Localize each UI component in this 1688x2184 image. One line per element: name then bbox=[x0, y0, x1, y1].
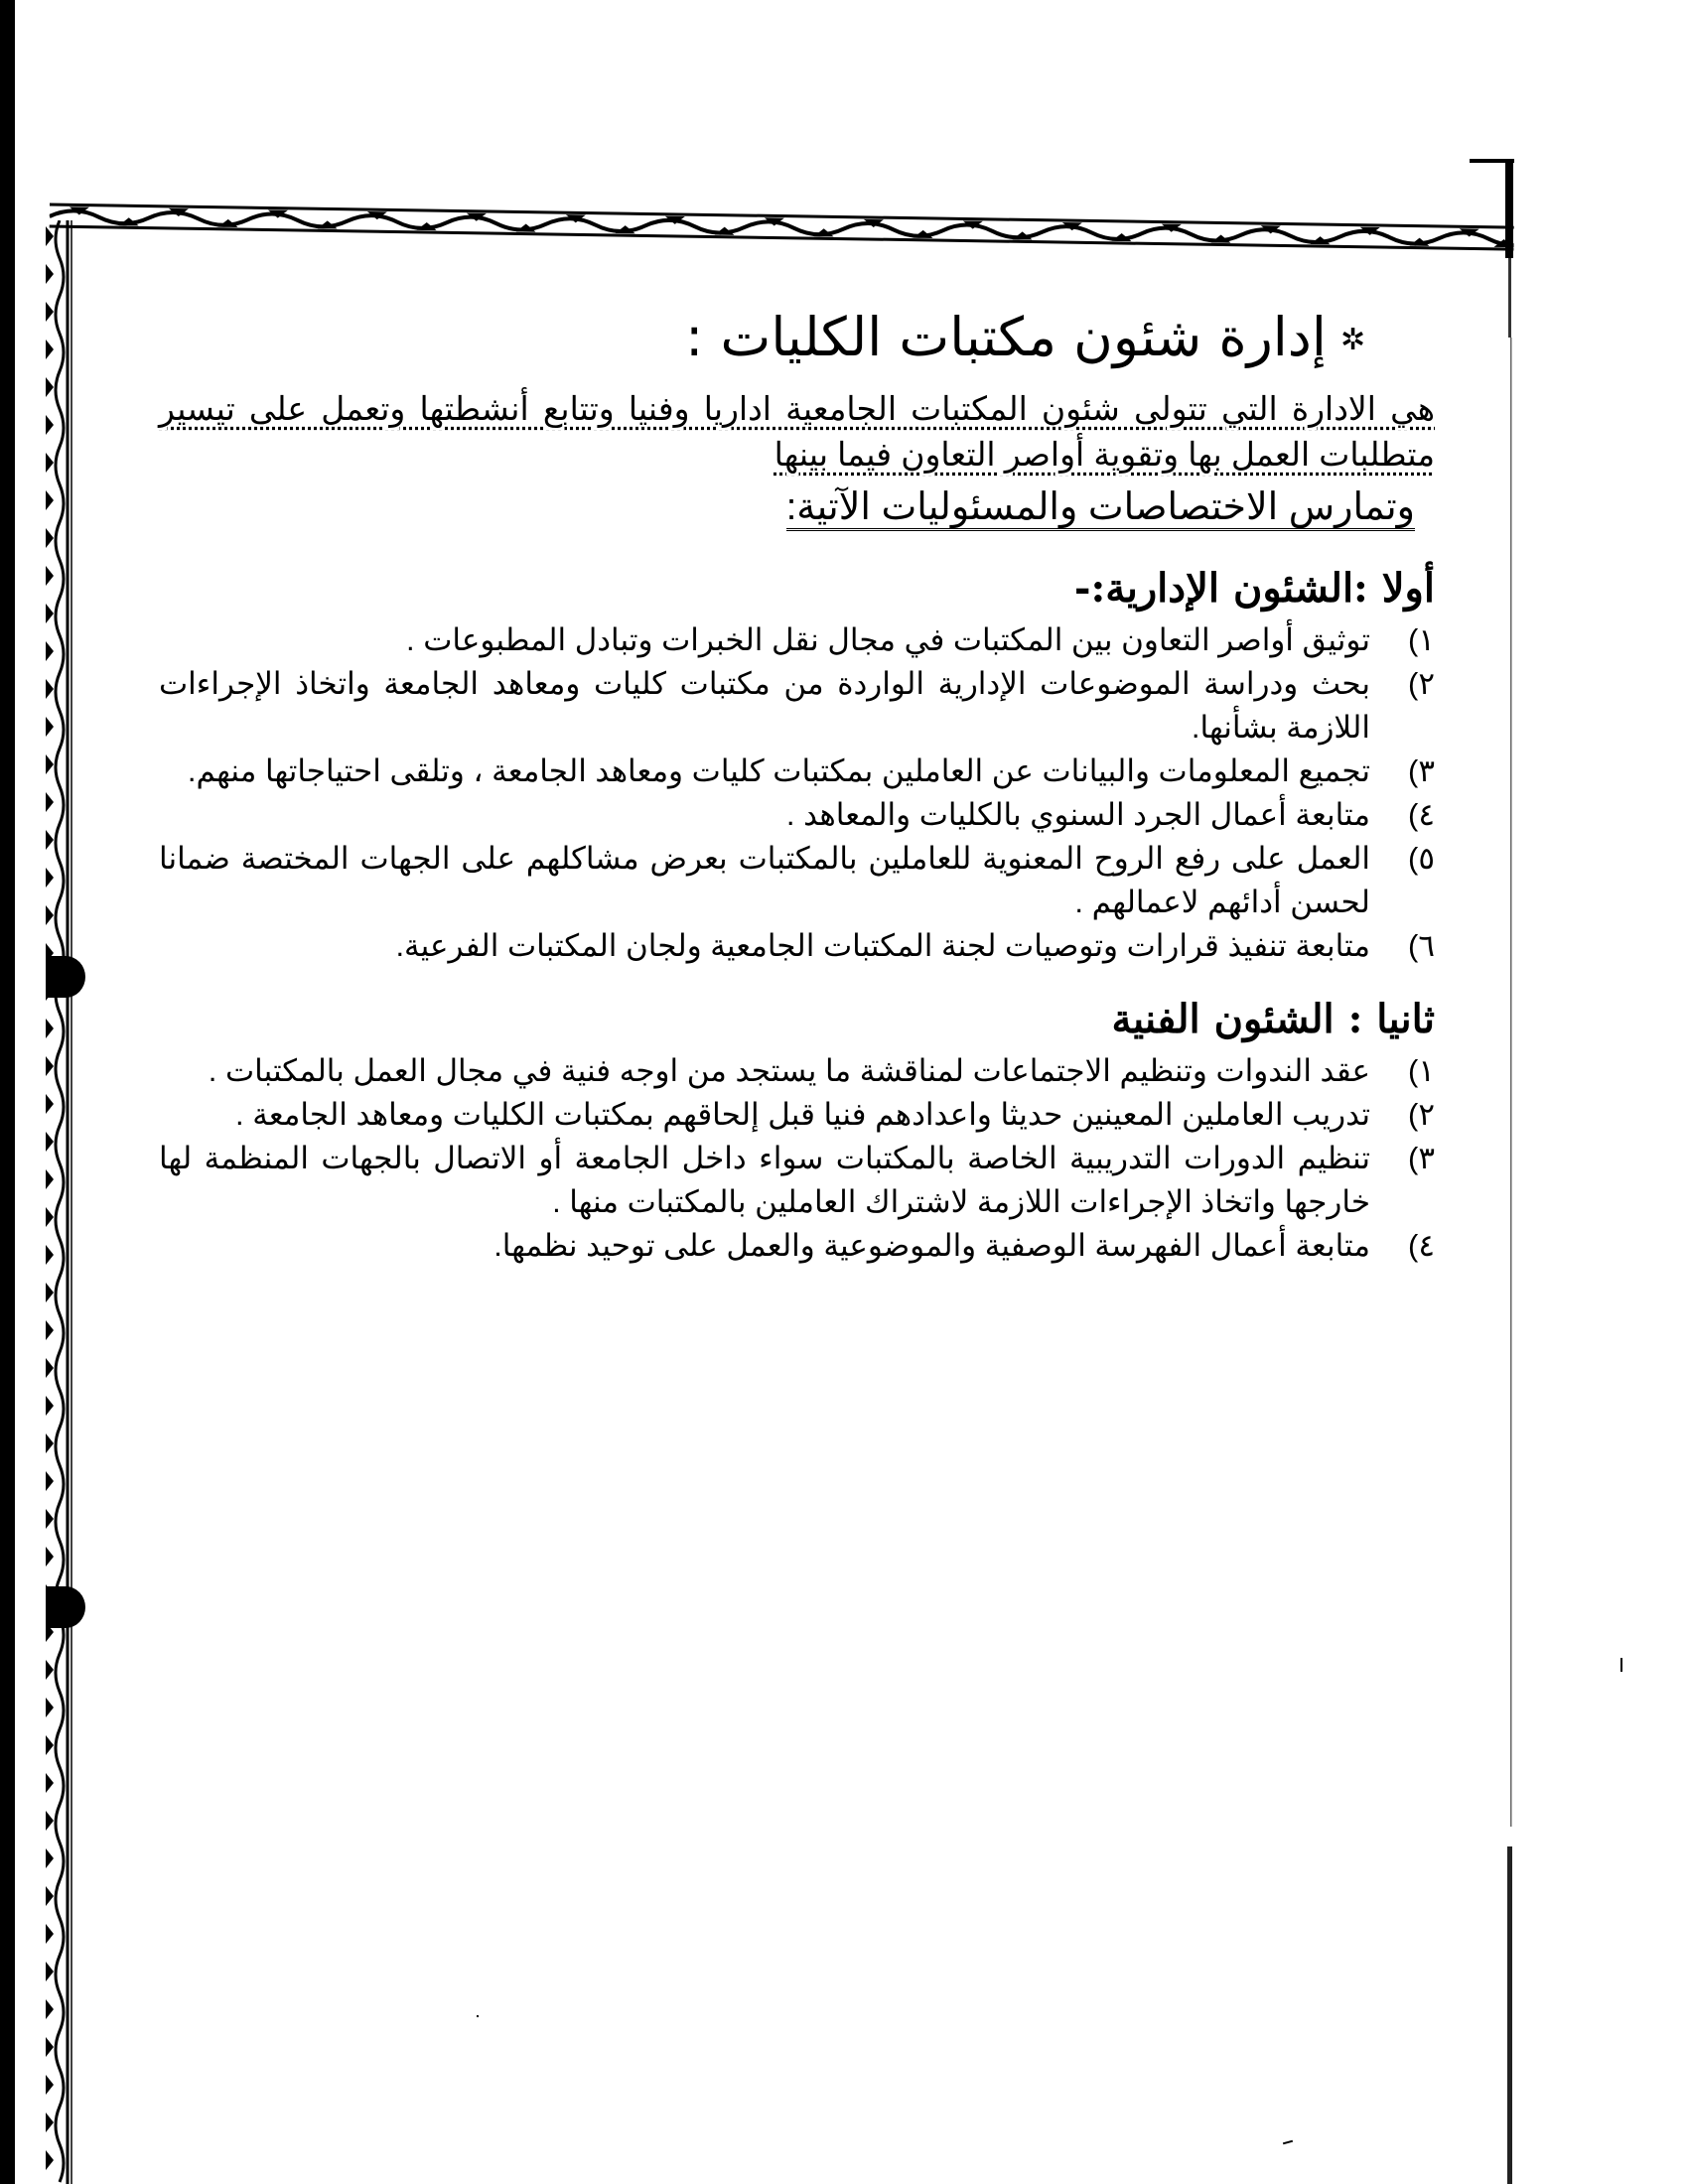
list-item: ٢)بحث ودراسة الموضوعات الإدارية الواردة … bbox=[159, 662, 1435, 750]
scan-edge-right bbox=[1501, 159, 1513, 2184]
list-item: ٣)تجميع المعلومات والبيانات عن العاملين … bbox=[159, 750, 1435, 793]
hole-punch bbox=[46, 956, 85, 998]
scan-speck bbox=[477, 2015, 479, 2017]
title-text: إدارة شئون مكتبات الكليات : bbox=[685, 306, 1327, 368]
list-item: ٤)متابعة أعمال الفهرسة الوصفية والموضوعي… bbox=[159, 1224, 1435, 1268]
ornament-star-icon: ✲ bbox=[1340, 323, 1365, 357]
intro-paragraph: هي الادارة التي تتولى شئون المكتبات الجا… bbox=[159, 386, 1435, 478]
section-heading-administrative: أولا :الشئون الإدارية:- bbox=[159, 559, 1435, 618]
section-heading-technical: ثانيا : الشئون الفنية bbox=[159, 990, 1435, 1049]
list-item: ١)عقد الندوات وتنظيم الاجتماعات لمناقشة … bbox=[159, 1049, 1435, 1093]
responsibilities-lead: وتمارس الاختصاصات والمسئوليات الآتية: bbox=[159, 478, 1435, 537]
document-body: ✲إدارة شئون مكتبات الكليات : هي الادارة … bbox=[159, 298, 1435, 1268]
hole-punch bbox=[46, 1586, 85, 1628]
scan-edge-shadow bbox=[0, 0, 15, 2184]
decorative-border-left bbox=[46, 220, 73, 2184]
technical-list: ١)عقد الندوات وتنظيم الاجتماعات لمناقشة … bbox=[159, 1049, 1435, 1268]
list-item: ٤)متابعة أعمال الجرد السنوي بالكليات وال… bbox=[159, 793, 1435, 837]
list-item: ٦)متابعة تنفيذ قرارات وتوصيات لجنة المكت… bbox=[159, 924, 1435, 968]
scan-speck bbox=[1620, 1658, 1622, 1672]
list-item: ١)توثيق أواصر التعاون بين المكتبات في مج… bbox=[159, 618, 1435, 662]
list-item: ٥)العمل على رفع الروح المعنوية للعاملين … bbox=[159, 837, 1435, 924]
list-item: ٢)تدريب العاملين المعينين حديثا واعدادهم… bbox=[159, 1093, 1435, 1137]
decorative-border-top bbox=[50, 203, 1514, 253]
administrative-list: ١)توثيق أواصر التعاون بين المكتبات في مج… bbox=[159, 618, 1435, 968]
list-item: ٣)تنظيم الدورات التدريبية الخاصة بالمكتب… bbox=[159, 1137, 1435, 1224]
page-title: ✲إدارة شئون مكتبات الكليات : bbox=[159, 298, 1435, 380]
scan-speck bbox=[1283, 2140, 1293, 2145]
